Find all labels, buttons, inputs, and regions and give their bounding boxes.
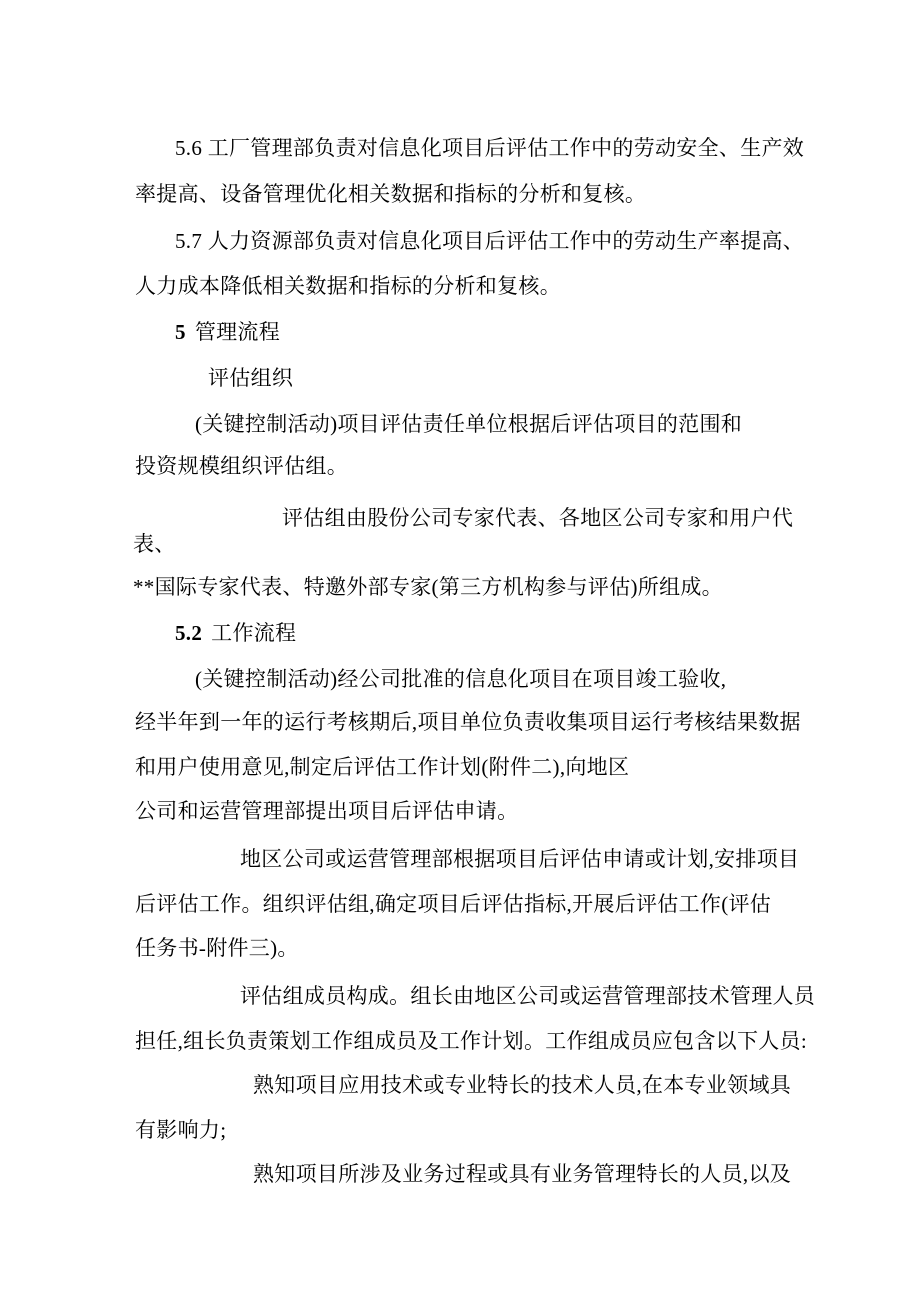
document-line: 人力成本降低相关数据和指标的分析和复核。 bbox=[135, 274, 561, 298]
heading-number: 5 bbox=[175, 320, 186, 344]
document-page: 5.6 工厂管理部负责对信息化项目后评估工作中的劳动安全、生产效 率提高、设备管… bbox=[0, 0, 920, 1303]
document-line: 任务书-附件三)。 bbox=[135, 936, 299, 960]
document-line: 有影响力; bbox=[135, 1118, 226, 1142]
heading-title: 工作流程 bbox=[211, 621, 296, 645]
document-line: 熟知项目所涉及业务过程或具有业务管理特长的人员,以及 bbox=[253, 1162, 791, 1186]
document-line: 公司和运营管理部提出项目后评估申请。 bbox=[135, 799, 518, 823]
document-line: 担任,组长负责策划工作组成员及工作计划。工作组成员应包含以下人员: bbox=[135, 1029, 807, 1053]
section-heading: 5.2工作流程 bbox=[175, 621, 296, 645]
heading-title: 管理流程 bbox=[195, 320, 280, 344]
document-line: 评估组成员构成。组长由地区公司或运营管理部技术管理人员 bbox=[240, 984, 815, 1008]
document-line: 投资规模组织评估组。 bbox=[135, 454, 348, 478]
document-line: 5.6 工厂管理部负责对信息化项目后评估工作中的劳动安全、生产效 bbox=[175, 136, 804, 160]
document-line: 经半年到一年的运行考核期后,项目单位负责收集项目运行考核结果数据 bbox=[135, 710, 801, 734]
document-line: 后评估工作。组织评估组,确定项目后评估指标,开展后评估工作(评估 bbox=[135, 892, 771, 916]
document-line: 熟知项目应用技术或专业特长的技术人员,在本专业领域具 bbox=[253, 1073, 791, 1097]
document-line: 评估组织 bbox=[208, 366, 293, 390]
document-line: (关键控制活动)项目评估责任单位根据后评估项目的范围和 bbox=[195, 412, 742, 436]
document-line: 和用户使用意见,制定后评估工作计划(附件二),向地区 bbox=[135, 755, 629, 779]
document-line: 评估组由股份公司专家代表、各地区公司专家和用户代 bbox=[282, 506, 793, 530]
document-line: **国际专家代表、特邀外部专家(第三方机构参与评估)所组成。 bbox=[133, 575, 723, 599]
document-line: 表、 bbox=[133, 532, 176, 556]
document-line: 率提高、设备管理优化相关数据和指标的分析和复核。 bbox=[135, 182, 646, 206]
section-heading: 5管理流程 bbox=[175, 320, 280, 344]
document-line: 5.7 人力资源部负责对信息化项目后评估工作中的劳动生产率提高、 bbox=[175, 229, 804, 253]
document-line: (关键控制活动)经公司批准的信息化项目在项目竣工验收, bbox=[195, 667, 726, 691]
document-line: 地区公司或运营管理部根据项目后评估申请或计划,安排项目 bbox=[240, 847, 799, 871]
heading-number: 5.2 bbox=[175, 621, 202, 645]
